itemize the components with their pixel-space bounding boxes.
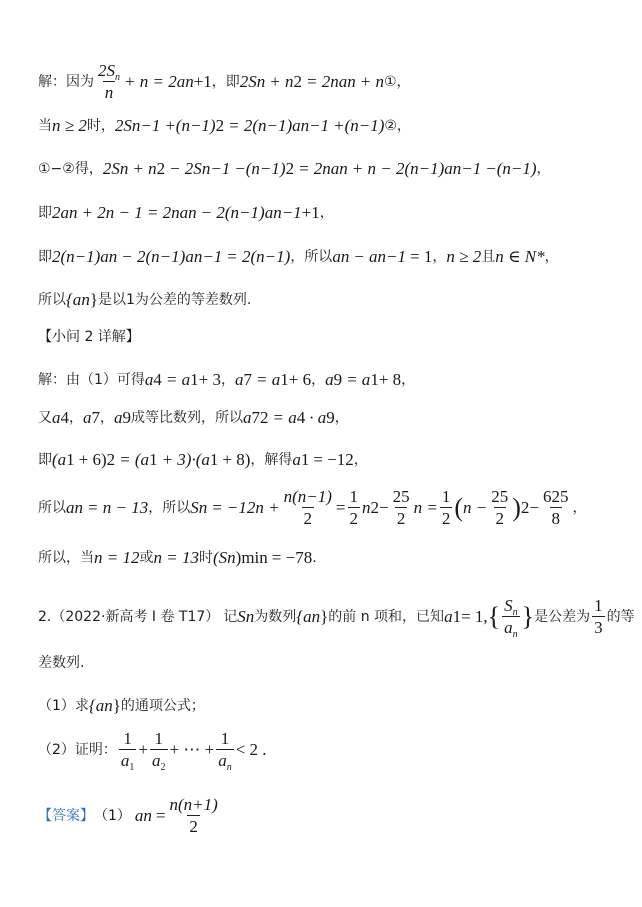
sub: 1 — [129, 762, 134, 773]
fraction: 12 — [348, 488, 361, 527]
expr: = −12n + — [211, 499, 279, 516]
expr: = 1 — [410, 248, 432, 265]
question-label: （1） — [94, 809, 131, 823]
den: a — [218, 751, 227, 770]
expr: a — [145, 371, 154, 388]
text: ， — [573, 501, 587, 515]
num: n(n+1) — [168, 796, 220, 815]
expr: a — [332, 248, 341, 265]
expr: +1 — [194, 73, 212, 90]
fraction: 1an — [216, 730, 234, 769]
text: ，所以 — [148, 501, 190, 515]
expr: {a — [89, 697, 104, 714]
expr: − a — [353, 248, 377, 265]
text: 或 — [139, 551, 153, 565]
expr: a — [235, 371, 244, 388]
expr: a — [444, 608, 453, 625]
question-label: （1） — [38, 699, 75, 713]
expr: n = 12 — [94, 549, 139, 566]
part2-line-3: 即 (a1 + 6)2 = (a1 + 3)·(a1 + 8) ，解得 a1 =… — [38, 451, 368, 468]
expr: = 1, — [461, 608, 488, 625]
expr: ( — [454, 495, 463, 521]
expr: 2S — [115, 117, 132, 134]
text: ，所以 — [290, 250, 332, 264]
expr: } — [113, 697, 121, 714]
equation-label: ②， — [384, 119, 411, 133]
text: 成等比数列，所以 — [131, 411, 243, 425]
text: ， — [335, 411, 349, 425]
expr: = 2(n−1)a — [228, 117, 301, 134]
expr: ) — [512, 495, 521, 521]
text: ，解得 — [250, 453, 292, 467]
expr: = a — [273, 409, 297, 426]
text: 解：由（1）可得 — [38, 373, 145, 387]
expr: n ∈ N* — [495, 248, 544, 265]
fraction: n(n−1)2 — [282, 488, 334, 527]
num: 25 — [489, 488, 510, 507]
fraction: 252 — [489, 488, 510, 527]
den: 2 — [494, 507, 507, 527]
expr: a — [83, 409, 92, 426]
text: ， — [320, 206, 334, 220]
text: 的等 — [607, 610, 635, 624]
expr: S — [237, 608, 246, 625]
num: S — [504, 596, 513, 615]
expr: = −78 — [272, 549, 312, 566]
expr: + 6) — [79, 451, 107, 468]
text: ， — [545, 250, 559, 264]
den: a — [152, 751, 161, 770]
den: 2 — [440, 507, 453, 527]
expr: n = — [414, 499, 438, 516]
fraction-answer: n(n+1)2 — [168, 796, 220, 835]
num: 1 — [592, 597, 605, 616]
expr: + n — [132, 160, 156, 177]
expr: + n = 2a — [124, 73, 185, 90]
num: 1 — [219, 730, 232, 749]
expr: −(n−1) — [234, 160, 285, 177]
text: 又 — [38, 411, 52, 425]
num: 625 — [541, 488, 571, 507]
expr: 2S — [103, 160, 120, 177]
expr: +(n−1) — [333, 117, 384, 134]
fraction-1-3: 13 — [592, 597, 605, 636]
text: 差数列. — [38, 656, 84, 670]
num: n(n−1) — [282, 488, 334, 507]
expr: −(n−1) — [485, 160, 536, 177]
den: 8 — [550, 507, 563, 527]
solution-line-5: 即 2(n−1)an − 2(n−1)an−1 = 2(n−1) ，所以 an … — [38, 248, 559, 265]
expr: a — [325, 371, 334, 388]
part2-line-2: 又 a4 ， a7 ， a9 成等比数列，所以 a72 = a4 · a9 ， — [38, 409, 349, 426]
equation-label: ①， — [384, 75, 411, 89]
problem-source: （2022·新高考 Ⅰ 卷 T17） — [51, 610, 219, 624]
fraction-sn-over-an: Sn an — [502, 597, 520, 636]
expr: n — [362, 499, 371, 516]
expr: + n — [269, 73, 293, 90]
expr: + ⋯ + — [170, 741, 215, 758]
text: 证明： — [75, 743, 117, 757]
text: ， — [100, 411, 114, 425]
den: n — [103, 81, 116, 101]
text: 时， — [87, 119, 115, 133]
expr: a — [66, 499, 75, 516]
text: ， — [311, 373, 325, 387]
text: ， — [354, 453, 368, 467]
problem-2-statement: 2. （2022·新高考 Ⅰ 卷 T17） 记 Sn 为数列 {an} 的前 n… — [38, 597, 635, 636]
solution-line-2: 当 n ≥ 2 时， 2Sn−1 +(n−1)2 = 2(n−1)an−1 +(… — [38, 117, 411, 134]
problem-number: 2. — [38, 610, 51, 624]
text: ， — [432, 250, 446, 264]
part2-header: 【小问 2 详解】 — [38, 330, 140, 344]
expr: − 2(n−1)a — [121, 248, 194, 265]
text: ， — [221, 373, 235, 387]
expr: +(n−1) — [164, 117, 215, 134]
expr: 2a — [52, 204, 69, 221]
text: 且 — [481, 250, 495, 264]
sub: n — [227, 762, 232, 773]
expr: = −12 — [313, 451, 353, 468]
expr: = a — [256, 371, 280, 388]
sub: n — [513, 629, 518, 640]
text: ， — [537, 162, 551, 176]
text: 解：因为 — [38, 75, 94, 89]
sub: 2 — [161, 762, 166, 773]
text: 所以 — [38, 293, 66, 307]
expr: + 3)·(a — [162, 451, 210, 468]
fraction: 252 — [391, 488, 412, 527]
text: 记 — [223, 610, 237, 624]
expr: = 2na — [306, 73, 347, 90]
solution-line-4: 即 2an + 2n − 1 = 2nan − 2(n−1)an−1 +1 ， — [38, 204, 334, 221]
solution-line-1: 解：因为 2Sn n + n = 2an +1 ，即 2Sn + n2 = 2n… — [38, 62, 411, 101]
expr: = 2(n−1) — [226, 248, 290, 265]
expr: = 2na — [298, 160, 339, 177]
expr: a — [292, 451, 301, 468]
expr: {a — [66, 291, 81, 308]
section-heading: 【小问 2 详解】 — [38, 330, 140, 344]
expr: − 2(n−1)a — [201, 204, 274, 221]
text: ，即 — [212, 75, 240, 89]
num: 1 — [121, 730, 134, 749]
expr: n − — [463, 499, 487, 516]
text: 所以，当 — [38, 551, 94, 565]
part2-line-4: 所以 an = n − 13 ，所以 Sn = −12n + n(n−1)2 =… — [38, 488, 587, 527]
expr: = (a — [119, 451, 149, 468]
expr: a — [243, 409, 252, 426]
fraction: 6258 — [541, 488, 571, 527]
question-2: （2） 证明： 1a1 + 1a2 + ⋯ + 1an < 2 . — [38, 730, 267, 769]
expr: S — [190, 499, 199, 516]
text: 时 — [199, 551, 213, 565]
expr: n ≥ 2 — [446, 248, 481, 265]
text: 是以1为公差的等差数列. — [98, 293, 251, 307]
expr: n = 13 — [153, 549, 198, 566]
den: 2 — [302, 507, 315, 527]
expr: < 2 . — [236, 741, 267, 758]
text: ①−②得， — [38, 162, 103, 176]
expr: a — [114, 409, 123, 426]
fraction: 12 — [440, 488, 453, 527]
expr: − — [529, 499, 539, 516]
solution-line-6: 所以 {an} 是以1为公差的等差数列. — [38, 291, 251, 308]
expr: + 8) — [222, 451, 250, 468]
expr: +1 — [302, 204, 320, 221]
text: 的通项公式； — [121, 699, 205, 713]
num: 1 — [440, 488, 453, 507]
den: 2 — [187, 815, 200, 835]
text: 即 — [38, 206, 52, 220]
den: 2 — [348, 507, 361, 527]
text: 所以 — [38, 501, 66, 515]
text: 的前 n 项和，已知 — [328, 610, 444, 624]
den: 3 — [592, 616, 605, 636]
answer-tag: 【答案】 — [38, 809, 94, 823]
problem-2-statement-cont: 差数列. — [38, 656, 84, 670]
den: 2 — [395, 507, 408, 527]
expr: } — [90, 291, 98, 308]
expr: a — [135, 807, 144, 824]
expr: − — [379, 499, 389, 516]
expr: + 6 — [289, 371, 311, 388]
expr: (a — [52, 451, 66, 468]
expr: = n − 13 — [87, 499, 148, 516]
text: 当 — [38, 119, 52, 133]
question-1: （1） 求 {an} 的通项公式； — [38, 697, 205, 714]
question-label: （2） — [38, 743, 75, 757]
fraction-2sn-over-n: 2Sn n — [96, 62, 122, 101]
part2-line-1: 解：由（1）可得 a4 = a1 + 3 ， a7 = a1 + 6 ， a9 … — [38, 371, 415, 388]
expr: − 2S — [169, 160, 202, 177]
expr: 2(n−1)a — [52, 248, 109, 265]
text: 为数列 — [254, 610, 296, 624]
text: 即 — [38, 453, 52, 467]
expr: + n — [360, 73, 384, 90]
num: 1 — [348, 488, 361, 507]
text: ， — [69, 411, 83, 425]
text: 求 — [75, 699, 89, 713]
expr: a — [52, 409, 61, 426]
sub: n — [115, 72, 120, 83]
expr: + 8 — [379, 371, 401, 388]
expr: + n − 2(n−1)a — [352, 160, 453, 177]
expr: = — [156, 807, 166, 824]
expr: · a — [309, 409, 326, 426]
expr: = a — [346, 371, 370, 388]
num: 25 — [391, 488, 412, 507]
text: 是公差为 — [534, 610, 590, 624]
expr: = — [336, 499, 346, 516]
text: ， — [401, 373, 415, 387]
solution-line-3: ①−②得， 2Sn + n2 − 2Sn−1 −(n−1)2 = 2nan + … — [38, 160, 551, 177]
num: 2S — [98, 61, 115, 80]
fraction: 1a1 — [119, 730, 137, 769]
text: . — [312, 551, 316, 565]
expr: = a — [166, 371, 190, 388]
expr: n ≥ 2 — [52, 117, 87, 134]
den: a — [504, 618, 513, 637]
expr: 2S — [240, 73, 257, 90]
expr: {a — [296, 608, 311, 625]
text: 即 — [38, 250, 52, 264]
num: 1 — [153, 730, 166, 749]
part2-line-5: 所以，当 n = 12 或 n = 13 时 (Sn)min = −78 . — [38, 549, 317, 566]
expr: } — [320, 608, 328, 625]
answer-line: 【答案】 （1） an = n(n+1)2 — [38, 796, 222, 835]
expr: + 3 — [199, 371, 221, 388]
expr: + — [138, 741, 148, 758]
expr: (S — [213, 549, 227, 566]
fraction: 1a2 — [150, 730, 168, 769]
expr: + 2n − 1 = 2na — [82, 204, 189, 221]
